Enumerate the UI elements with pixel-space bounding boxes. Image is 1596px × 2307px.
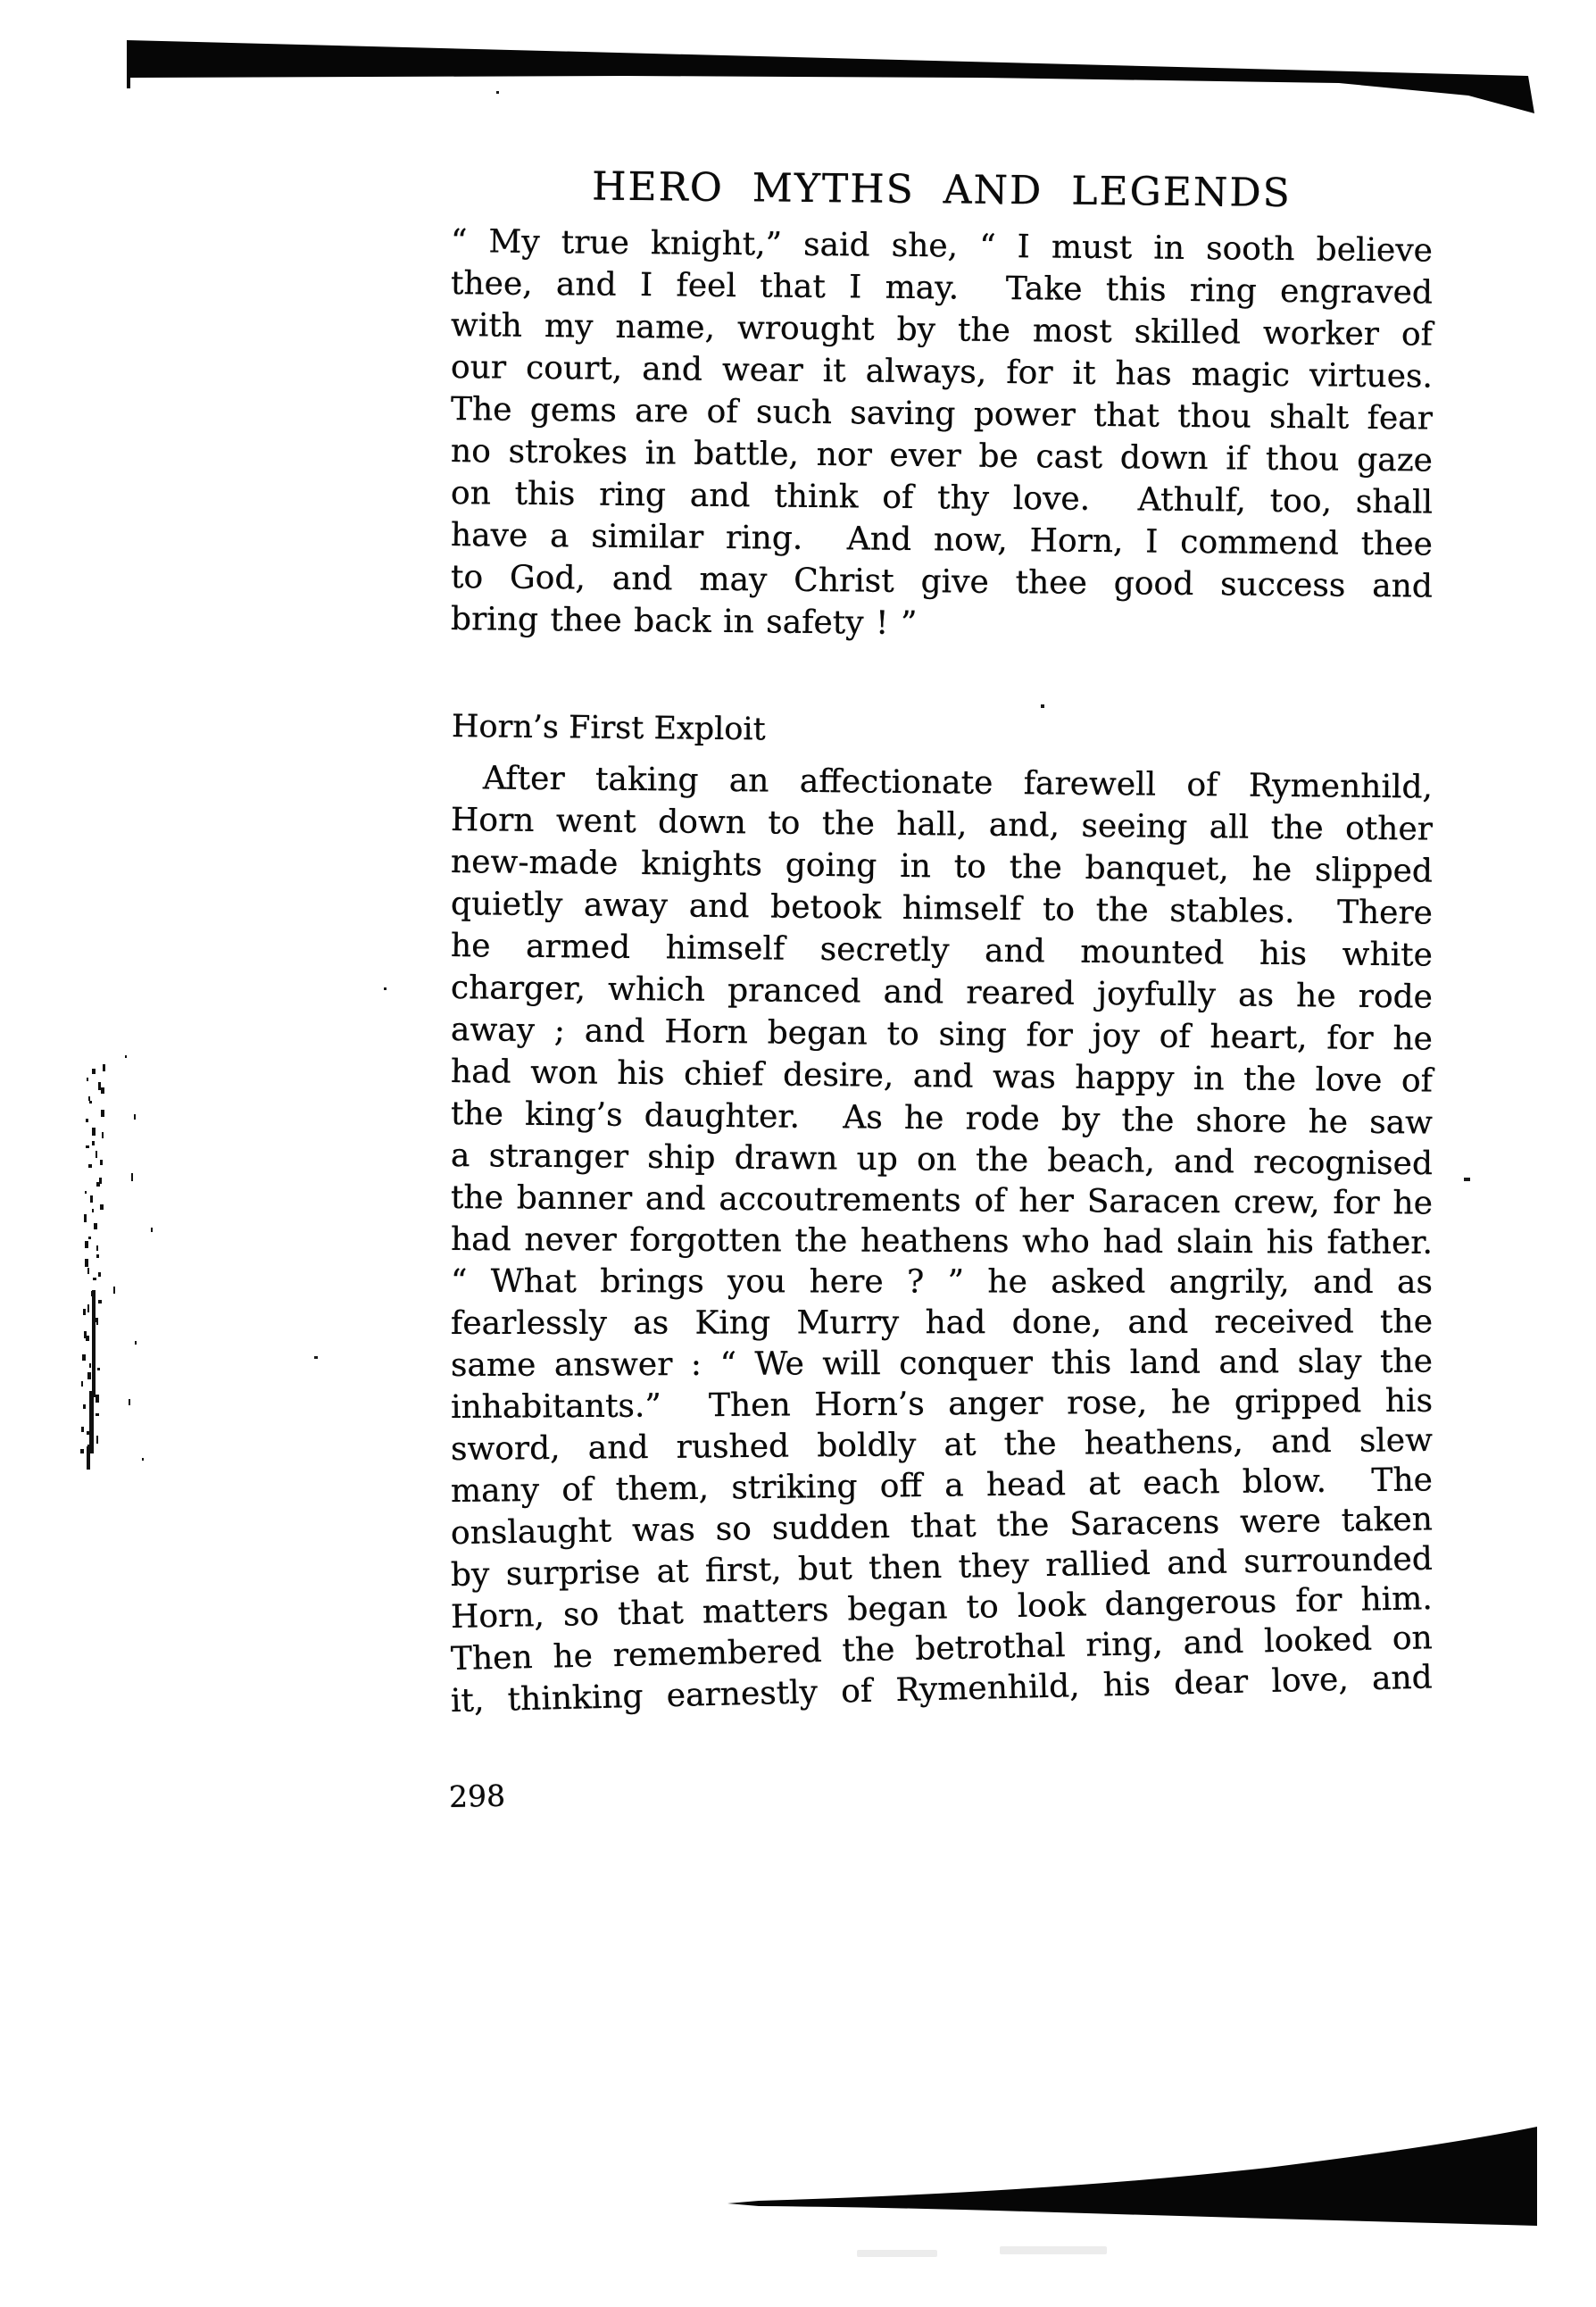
text-line: had never forgotten the heathens who had… bbox=[451, 1220, 1433, 1264]
scan-edge-top-tick bbox=[127, 78, 130, 88]
show-through-mark bbox=[857, 2250, 937, 2257]
text-line: fearlessly as King Murry had done, and r… bbox=[451, 1302, 1433, 1345]
section-heading: Horn’s First Exploit bbox=[452, 707, 1434, 756]
text-line: same answer : “ We will conquer this lan… bbox=[451, 1342, 1433, 1387]
text-line: bring thee back in safety ! ” bbox=[451, 599, 1433, 650]
scan-edge-top-bar bbox=[127, 40, 1534, 113]
running-head-title: HERO MYTHS AND LEGENDS bbox=[451, 164, 1433, 217]
text-line: “ What brings you here ? ” he asked angr… bbox=[451, 1262, 1433, 1303]
text-line: the banner and accoutrements of her Sara… bbox=[451, 1178, 1433, 1225]
book-page: HERO MYTHS AND LEGENDS “ My true knight,… bbox=[0, 0, 1596, 2307]
scan-noise-streak bbox=[80, 1055, 153, 1470]
page-number: 298 bbox=[449, 1778, 506, 1815]
scan-shadow-bottom-wedge bbox=[727, 2127, 1537, 2226]
show-through-mark bbox=[1000, 2246, 1107, 2254]
text-line: a stranger ship drawn up on the beach, a… bbox=[451, 1136, 1433, 1185]
